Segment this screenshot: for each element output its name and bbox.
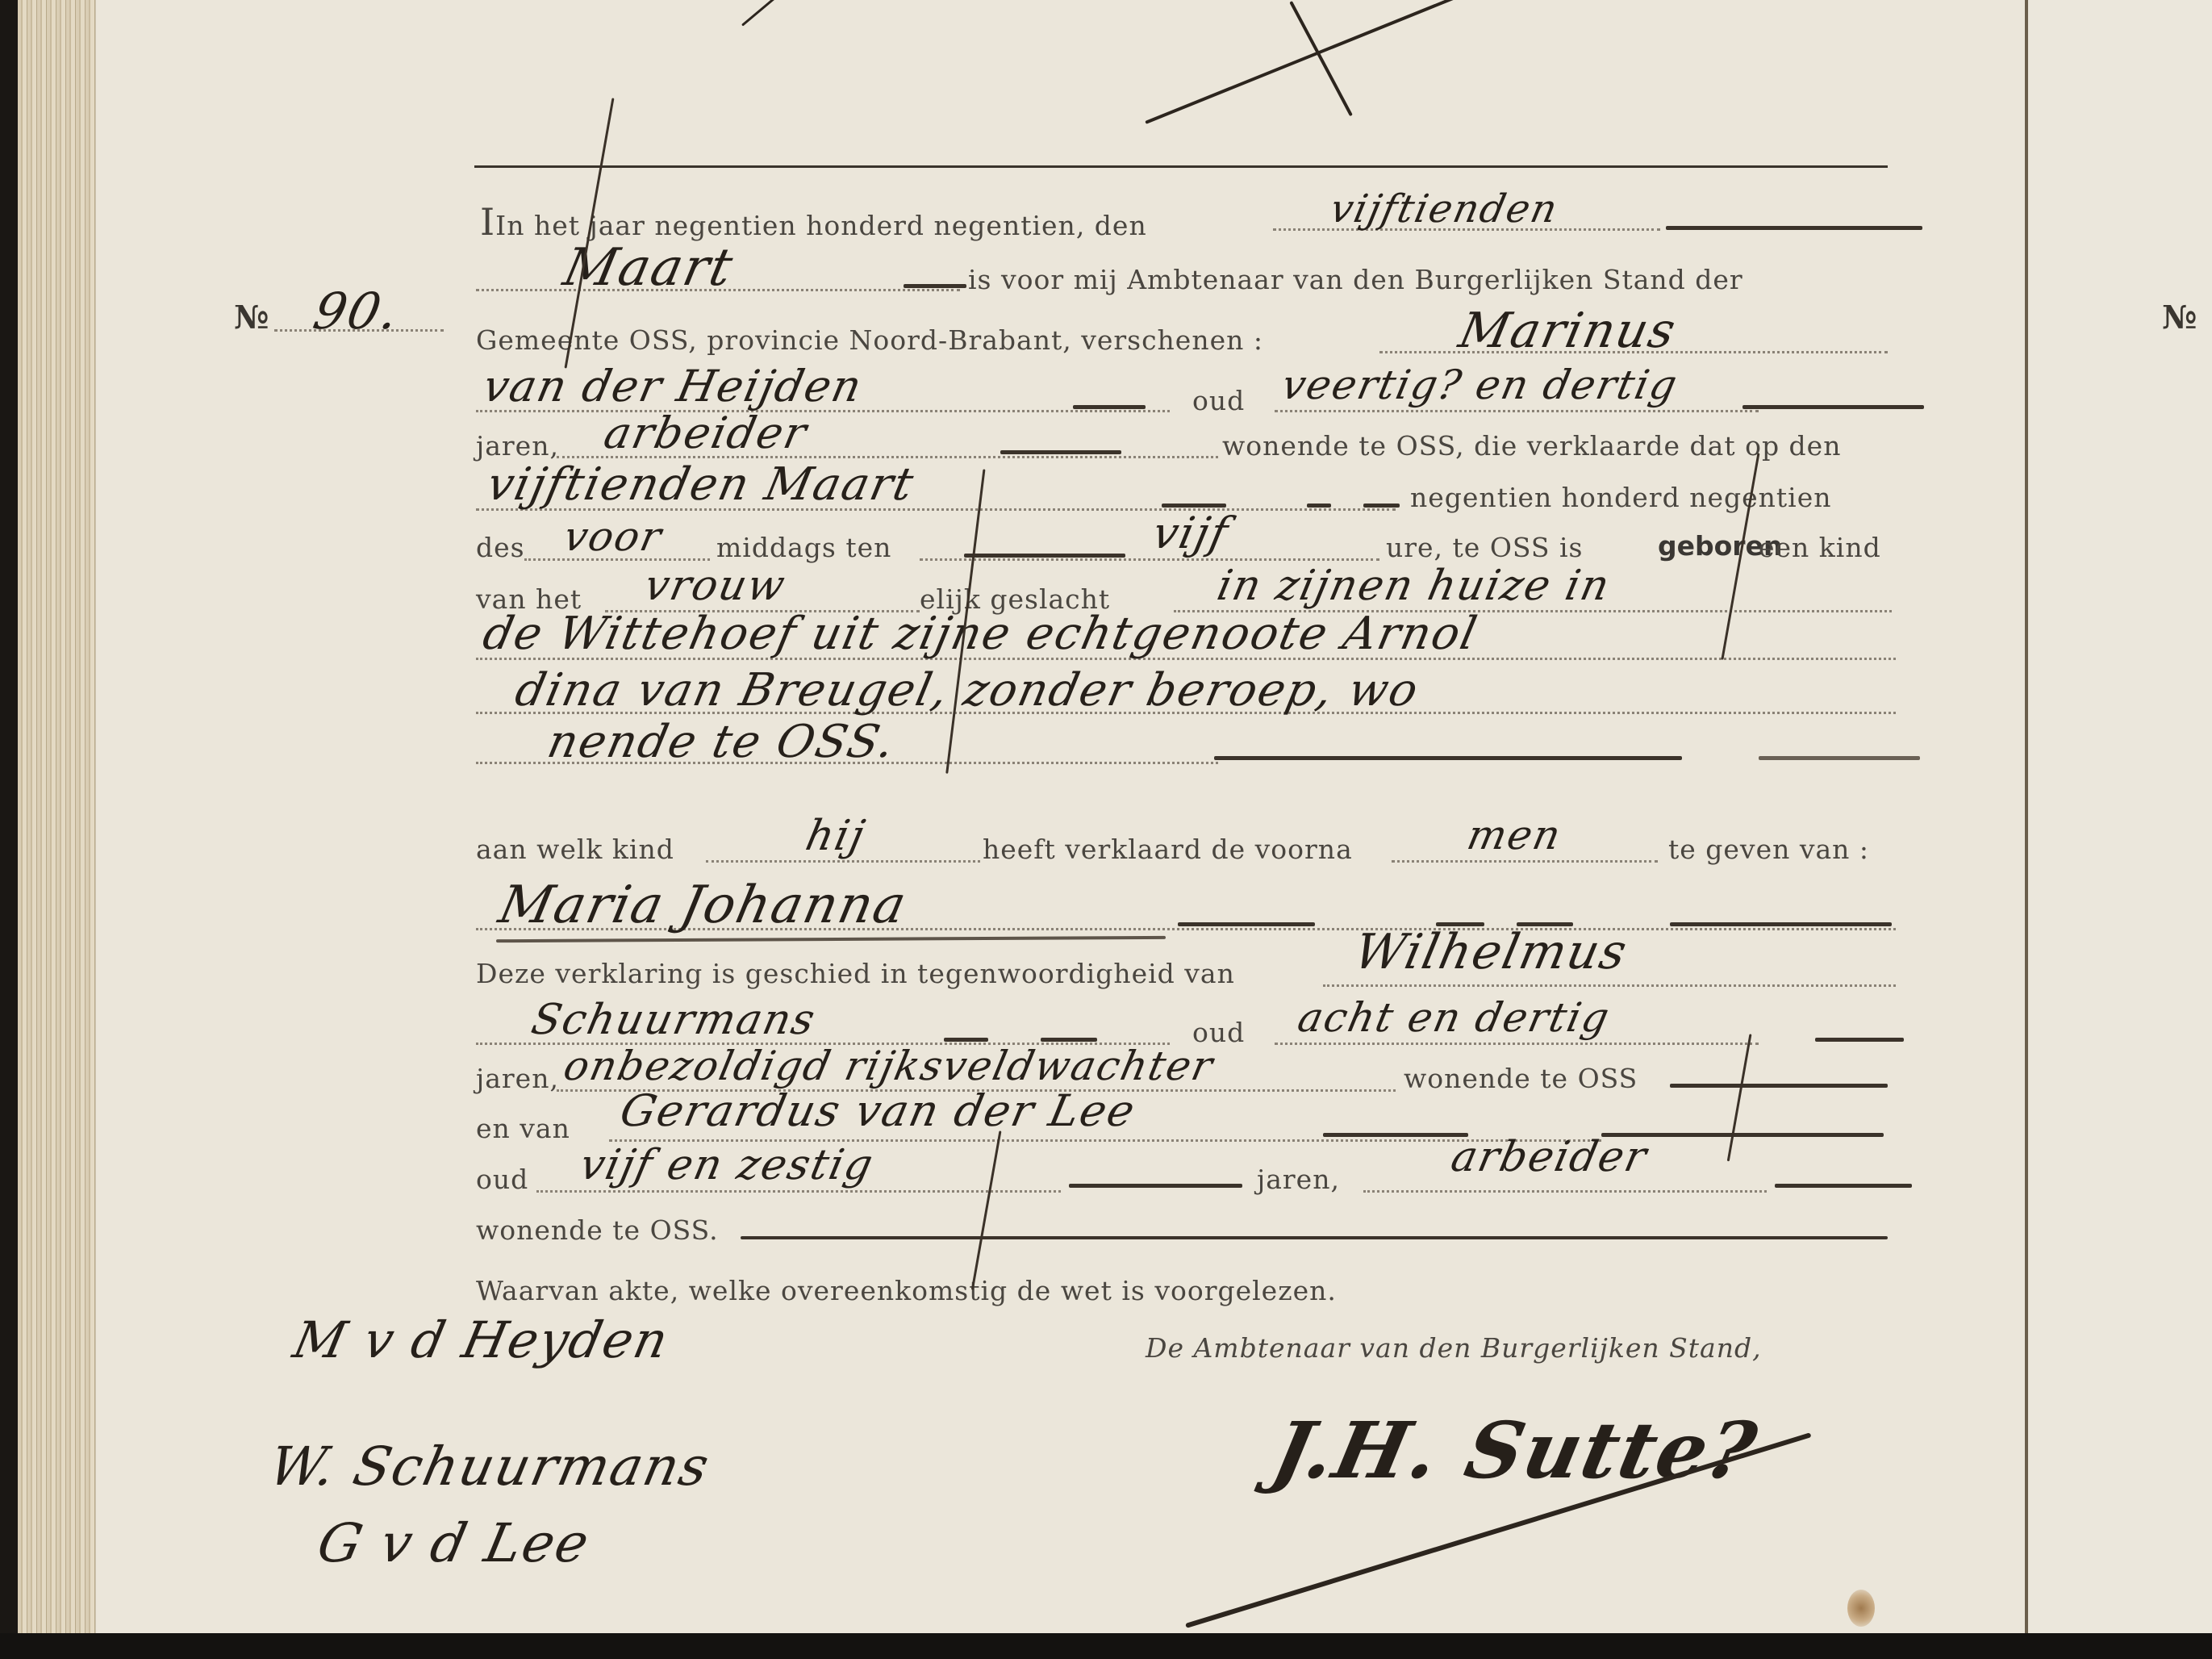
fill-bar [1041, 1038, 1097, 1042]
printed-des: des [476, 534, 525, 561]
left-page [95, 0, 2027, 1633]
printed-deze-verklaring: Deze verklaring is geschied in tegenwoor… [476, 960, 1235, 987]
record-number-label: № [234, 299, 269, 336]
book-cover-bottom [0, 1633, 2212, 1659]
fill-bar [1000, 450, 1121, 454]
signature-witness2: G v d Lee [313, 1517, 595, 1570]
printed-te-geven-van: te geven van : [1668, 836, 1869, 863]
fill-bar [1323, 1133, 1468, 1137]
handwritten-witness1-age: acht en dertig [1295, 997, 1614, 1038]
right-page-number-label: № [2162, 299, 2197, 336]
handwritten-location: in zijnen huize in [1213, 565, 1614, 607]
fill-dots [1392, 860, 1658, 863]
fill-bar [904, 284, 966, 288]
handwritten-witness2-name: Gerardus van der Lee [616, 1089, 1140, 1133]
signature-witness1: W. Schuurmans [265, 1440, 715, 1494]
handwritten-child-name: Maria Johanna [495, 880, 912, 931]
handwritten-witness1-firstname: Wilhelmus [1350, 928, 1632, 976]
printed-en-van: en van [476, 1115, 570, 1142]
printed-line-6: negentien honderd negentien [1410, 484, 1831, 511]
printed-oud: oud [476, 1166, 528, 1193]
handwritten-birth-date: vijftienden Maart [483, 462, 918, 508]
record-number-dots [274, 329, 444, 332]
handwritten-line-10: dina van Breugel, zonder beroep, wo [511, 668, 1423, 713]
printed-wonende-te-oss: wonende te OSS. [476, 1217, 719, 1243]
fill-bar [1178, 922, 1315, 926]
book-cover-left [0, 0, 18, 1659]
printed-oud: oud [1192, 387, 1245, 414]
printed-closing-statement: Waarvan akte, welke overeenkomstig de we… [476, 1277, 1337, 1304]
fill-dots [1275, 1043, 1759, 1045]
printed-wonende-te-oss: wonende te OSS [1404, 1065, 1638, 1092]
handwritten-declarant-firstname: Marinus [1455, 307, 1681, 355]
paper-stain [1847, 1590, 1875, 1627]
handwritten-date-day: vijftienden [1327, 190, 1562, 228]
fill-bar [1069, 1184, 1242, 1188]
printed-jaren: jaren, [1257, 1166, 1340, 1193]
handwritten-witness1-occupation: onbezoldigd rijksveldwachter [561, 1046, 1217, 1086]
printed-jaren: jaren, [476, 433, 559, 459]
printed-line-3: Gemeente OSS, provincie Noord-Brabant, v… [476, 327, 1263, 353]
fill-bar [1759, 756, 1920, 760]
handwritten-witness2-occupation: arbeider [1447, 1136, 1651, 1178]
printed-ure-te-oss-is: ure, te OSS is [1386, 534, 1583, 561]
fill-bar [1670, 922, 1892, 926]
printed-middags-ten: middags ten [716, 534, 891, 561]
handwritten-declarant-occupation: arbeider [600, 412, 812, 455]
fill-bar [944, 1038, 988, 1042]
fill-bar [1670, 1084, 1888, 1088]
handwritten-declarant-surname: van der Heijden [479, 365, 866, 408]
fill-dots [1275, 410, 1759, 412]
handwritten-voor: voor [561, 516, 666, 557]
printed-line-2: is voor mij Ambtenaar van den Burgerlijk… [968, 266, 1743, 293]
handwritten-line-11: nende te OSS. [544, 720, 899, 765]
fill-bar [1363, 504, 1400, 508]
fill-dots [1363, 1190, 1767, 1193]
fill-bar [1775, 1184, 1912, 1188]
handwritten-witness2-age: vijf en zestig [576, 1144, 877, 1186]
handwritten-line-9: de Wittehoef uit zijne echtgenoote Arnol [479, 612, 1482, 657]
fill-dots [920, 558, 1379, 561]
page-stack-edge [18, 0, 95, 1635]
printed-line-1: IIn het jaar negentien honderd negentien… [480, 203, 1147, 240]
fill-bar [741, 1236, 1888, 1239]
printed-line-5-rest: wonende te OSS, die verklaarde dat op de… [1222, 433, 1841, 459]
handwritten-hij: hij [802, 815, 869, 857]
handwritten-men: men [1464, 815, 1566, 855]
official-title: De Ambtenaar van den Burgerlijken Stand, [1146, 1335, 1762, 1361]
right-page [2028, 0, 2212, 1633]
fill-dots [536, 1190, 1061, 1193]
printed-heeft-verklaard: heeft verklaard de voorna [983, 836, 1353, 863]
fill-bar [1742, 405, 1924, 409]
fill-dots [706, 860, 980, 863]
handwritten-witness1-surname: Schuurmans [528, 999, 820, 1041]
fill-bar [1073, 405, 1146, 409]
handwritten-hour: vijf [1149, 512, 1233, 555]
fill-bar [1214, 756, 1682, 760]
signature-declarant: M v d Heyden [289, 1315, 674, 1365]
handwritten-sex: vrouw [641, 565, 790, 607]
handwritten-declarant-age: veertig? en dertig [1279, 365, 1682, 405]
fill-bar [964, 554, 1125, 558]
fill-bar [1307, 504, 1331, 508]
signature-official: J.H. Sutte? [1267, 1412, 1763, 1490]
printed-aan-welk-kind: aan welk kind [476, 836, 674, 863]
fill-bar [1666, 226, 1922, 230]
record-separator-rule [474, 165, 1888, 168]
printed-een-kind: een kind [1759, 534, 1881, 561]
fill-bar [1815, 1038, 1904, 1042]
fill-dots [1323, 984, 1896, 987]
printed-jaren: jaren, [476, 1065, 559, 1092]
